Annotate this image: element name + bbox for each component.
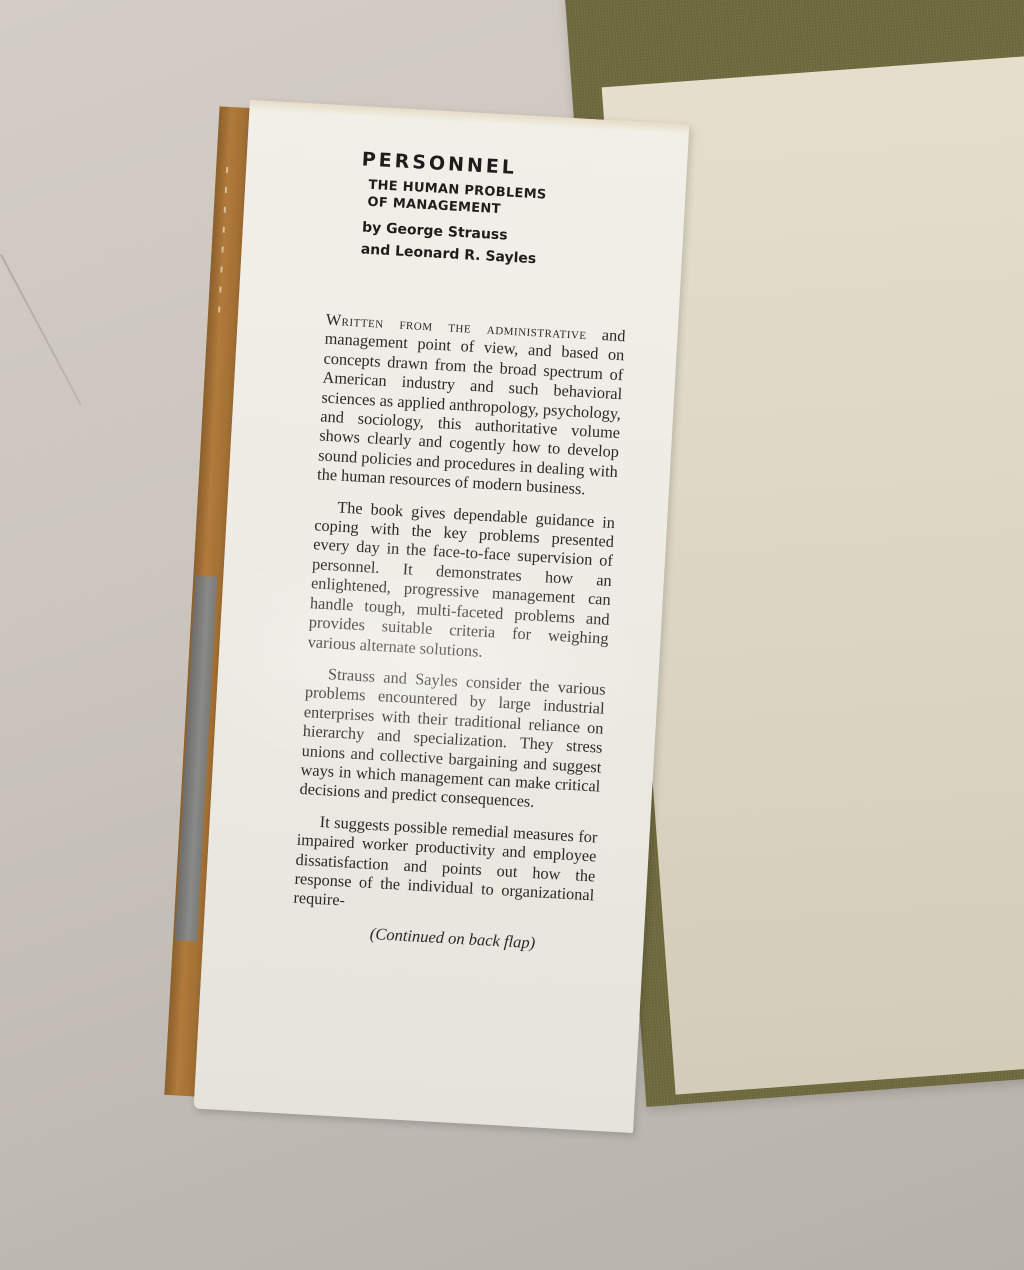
spine-wear bbox=[217, 167, 228, 327]
book-title: PERSONNEL bbox=[361, 148, 548, 180]
book-subtitle: THE HUMAN PROBLEMS OF MANAGEMENT bbox=[367, 177, 547, 221]
photo-scene: PERSONNEL THE HUMAN PROBLEMS OF MANAGEME… bbox=[0, 0, 1024, 1270]
front-flap: PERSONNEL THE HUMAN PROBLEMS OF MANAGEME… bbox=[194, 100, 690, 1133]
continued-note: (Continued on back flap) bbox=[291, 919, 592, 955]
dust-jacket: PERSONNEL THE HUMAN PROBLEMS OF MANAGEME… bbox=[194, 100, 690, 1133]
flap-blurb: Written from the administrative and mana… bbox=[291, 310, 626, 968]
book-authors: by George Strauss and Leonard R. Sayles bbox=[360, 216, 545, 270]
background-crease bbox=[0, 254, 82, 405]
blurb-paragraph: Written from the administrative and mana… bbox=[317, 310, 626, 501]
blurb-text: and management point of view, and based … bbox=[317, 325, 626, 499]
blurb-paragraph: Strauss and Sayles consider the various … bbox=[299, 663, 606, 815]
blurb-paragraph: It suggests possible remedial measures f… bbox=[293, 811, 598, 925]
flap-heading: PERSONNEL THE HUMAN PROBLEMS OF MANAGEME… bbox=[356, 148, 548, 270]
blurb-paragraph: The book gives dependable guidance in co… bbox=[307, 496, 615, 668]
